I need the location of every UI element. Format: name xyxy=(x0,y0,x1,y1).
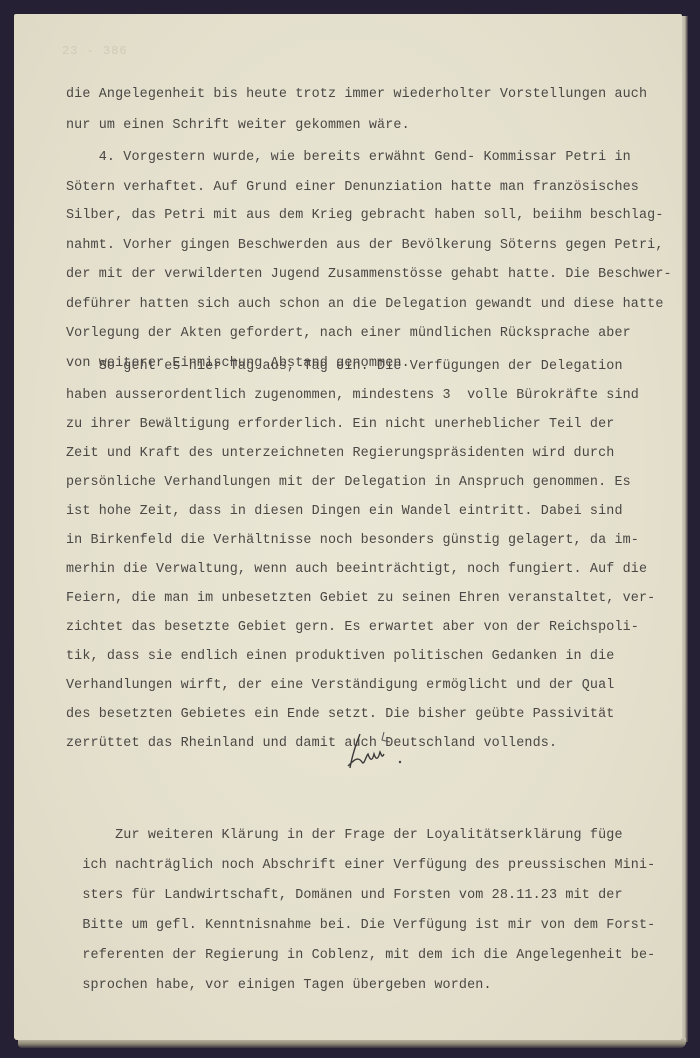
text-line: merhin die Verwaltung, wenn auch beeintr… xyxy=(66,562,647,578)
text-line: Silber, das Petri mit aus dem Krieg gebr… xyxy=(66,208,664,224)
handwritten-signature xyxy=(338,726,408,776)
text-line: in Birkenfeld die Verhältnisse noch beso… xyxy=(66,533,639,549)
page-reference-number: 23 - 386 xyxy=(62,44,128,58)
text-line: tik, dass sie endlich einen produktiven … xyxy=(66,649,614,665)
text-line: Feiern, die man im unbesetzten Gebiet zu… xyxy=(66,591,655,607)
text-line: zu ihrer Bewältigung erforderlich. Ein n… xyxy=(66,417,614,433)
text-line: Bitte um gefl. Kenntnisnahme bei. Die Ve… xyxy=(66,918,655,934)
text-line: referenten der Regierung in Coblenz, mit… xyxy=(66,948,655,964)
text-line: nahmt. Vorher gingen Beschwerden aus der… xyxy=(66,238,664,254)
text-line: persönliche Verhandlungen mit der Delega… xyxy=(66,475,631,491)
typed-document-page: 23 - 386 xyxy=(14,14,682,1040)
text-line: der mit der verwilderten Jugend Zusammen… xyxy=(66,267,672,283)
text-line: zichtet das besetzte Gebiet gern. Es erw… xyxy=(66,620,639,636)
text-line: 4. Vorgestern wurde, wie bereits erwähnt… xyxy=(66,150,631,166)
text-line: sters für Landwirtschaft, Domänen und Fo… xyxy=(66,888,623,904)
text-line: ich nachträglich noch Abschrift einer Ve… xyxy=(66,858,655,874)
text-line: Sötern verhaftet. Auf Grund einer Denunz… xyxy=(66,180,639,196)
text-line: Vorlegung der Akten gefordert, nach eine… xyxy=(66,326,631,342)
text-line: Verhandlungen wirft, der eine Verständig… xyxy=(66,678,614,694)
text-line: sprochen habe, vor einigen Tagen übergeb… xyxy=(66,978,492,994)
text-line: zerrüttet das Rheinland und damit auch D… xyxy=(66,736,557,752)
text-line: So geht es hier Tag aus, Tag ein. Die Ve… xyxy=(66,359,623,375)
text-line: die Angelegenheit bis heute trotz immer … xyxy=(66,87,647,103)
text-line: Zeit und Kraft des unterzeichneten Regie… xyxy=(66,446,614,462)
text-line: deführer hatten sich auch schon an die D… xyxy=(66,297,664,313)
text-line: Zur weiteren Klärung in der Frage der Lo… xyxy=(66,828,623,844)
text-line: des besetzten Gebietes ein Ende setzt. D… xyxy=(66,707,614,723)
text-line: haben ausserordentlich zugenommen, minde… xyxy=(66,388,639,404)
text-line: nur um einen Schrift weiter gekommen wär… xyxy=(66,118,410,134)
text-line: ist hohe Zeit, dass in diesen Dingen ein… xyxy=(66,504,623,520)
